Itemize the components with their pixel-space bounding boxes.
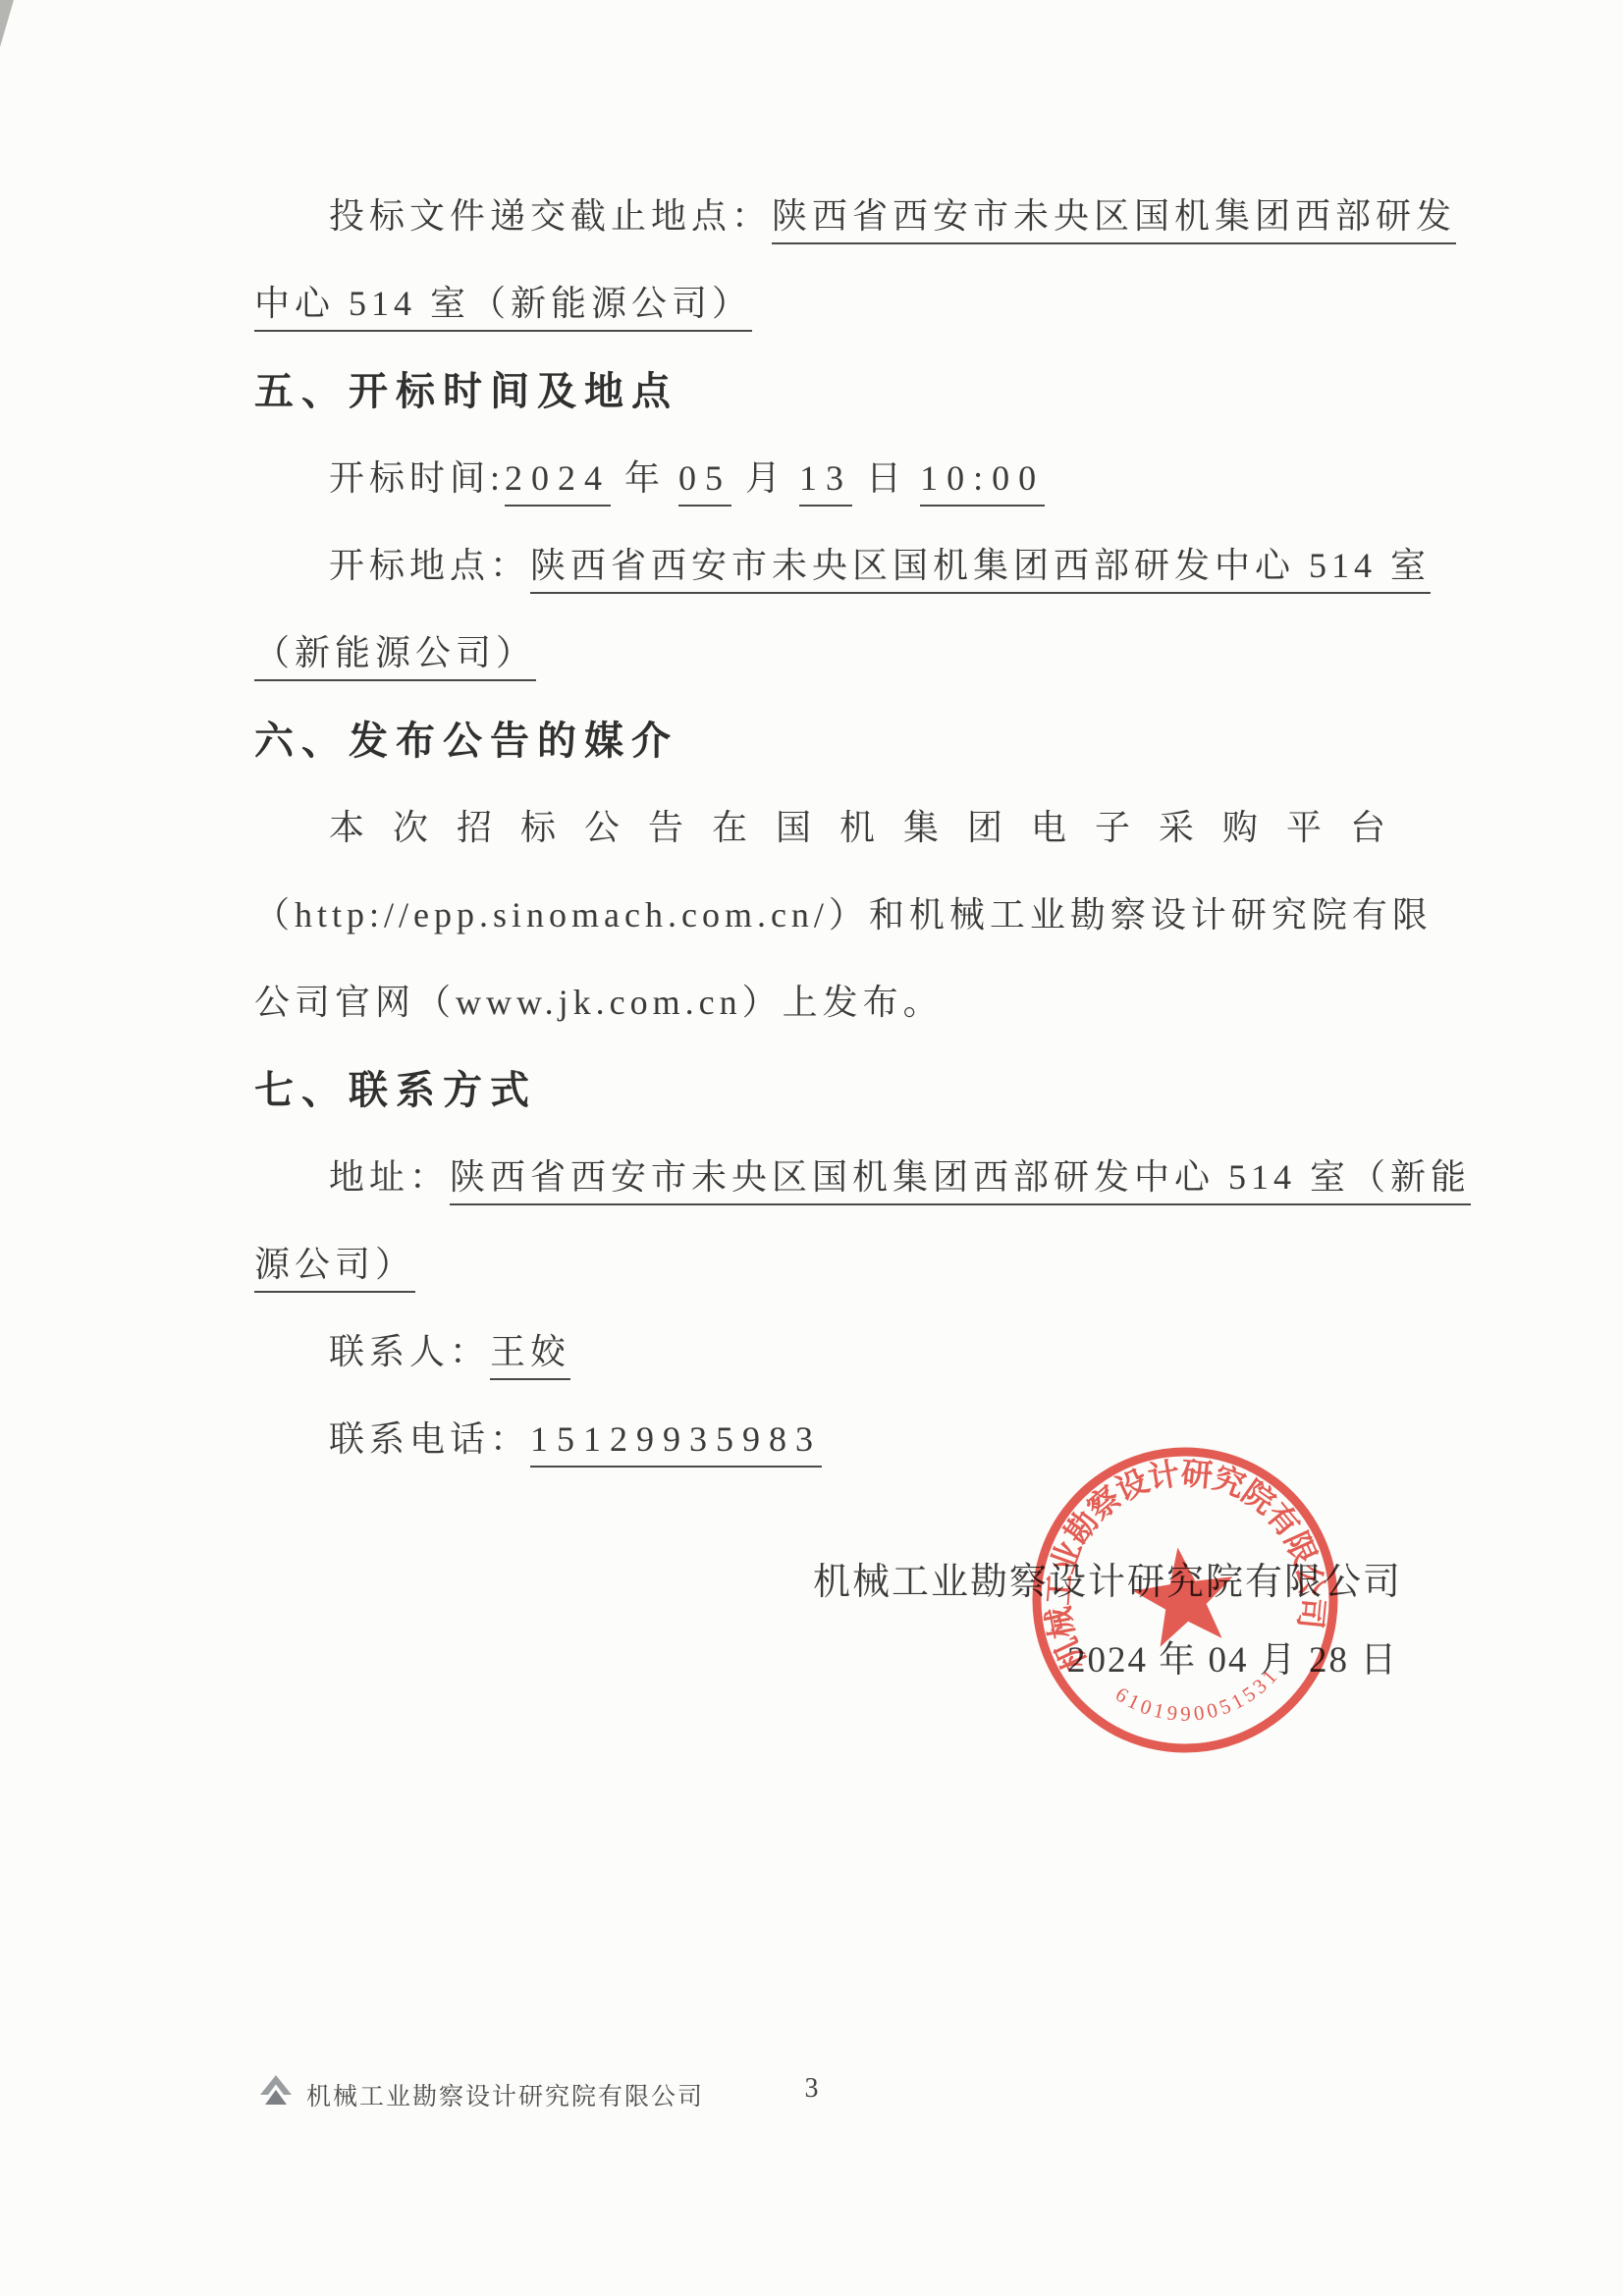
media-line3: 公司官网（www.jk.com.cn）上发布。 [254, 959, 1429, 1046]
scan-artifact-corner [0, 0, 14, 47]
page-number: 3 [0, 2073, 1623, 2105]
open-time-year-unit: 年 [611, 458, 678, 498]
deadline-location-value1: 陕西省西安市未央区国机集团西部研发 [772, 196, 1456, 244]
open-place-value2: （新能源公司） [254, 633, 536, 681]
open-place-line1: 开标地点：陕西省西安市未央区国机集团西部研发中心 514 室 [254, 522, 1429, 610]
open-place-line2: （新能源公司） [254, 610, 1429, 697]
deadline-location-line2: 中心 514 室（新能源公司） [254, 260, 1429, 347]
deadline-location-line1: 投标文件递交截止地点：陕西省西安市未央区国机集团西部研发 [254, 173, 1429, 260]
seal-star-icon [1128, 1540, 1241, 1649]
media-line2: （http://epp.sinomach.com.cn/）和机械工业勘察设计研究… [254, 872, 1429, 959]
section5-heading: 五、开标时间及地点 [254, 347, 1429, 435]
phone-number: 15129935983 [530, 1419, 822, 1468]
open-time-day: 13 [799, 458, 852, 507]
open-time-month-unit: 月 [731, 458, 799, 498]
deadline-location-label: 投标文件递交截止地点： [329, 196, 772, 236]
open-place-label: 开标地点： [329, 546, 530, 585]
contact-label: 联系人： [329, 1332, 490, 1371]
address-line1: 地址：陕西省西安市未央区国机集团西部研发中心 514 室（新能 [254, 1134, 1429, 1221]
address-value1: 陕西省西安市未央区国机集团西部研发中心 514 室（新能 [450, 1157, 1471, 1205]
phone-label: 联系电话： [329, 1419, 530, 1459]
address-label: 地址： [329, 1157, 450, 1197]
contact-line: 联系人：王姣 [254, 1308, 1429, 1396]
address-line2: 源公司） [254, 1221, 1429, 1308]
address-value2: 源公司） [254, 1245, 415, 1293]
open-time-day-unit: 日 [852, 458, 920, 498]
company-seal-stamp: 机械工业勘察设计研究院有限公司 6101990051531 [996, 1408, 1374, 1792]
section7-heading: 七、联系方式 [254, 1046, 1429, 1134]
contact-name: 王姣 [490, 1332, 570, 1380]
open-time-month: 05 [678, 458, 731, 507]
media-line1: 本次招标公告在国机集团电子采购平台 [254, 784, 1429, 872]
document-body: 投标文件递交截止地点：陕西省西安市未央区国机集团西部研发 中心 514 室（新能… [254, 173, 1429, 1483]
open-time-label: 开标时间: [329, 458, 505, 498]
open-time-line: 开标时间:2024 年 05 月 13 日 10:00 [254, 435, 1429, 522]
deadline-location-value2: 中心 514 室（新能源公司） [254, 284, 752, 332]
document-page: 投标文件递交截止地点：陕西省西安市未央区国机集团西部研发 中心 514 室（新能… [0, 0, 1623, 2296]
open-time-year: 2024 [505, 458, 611, 507]
section6-heading: 六、发布公告的媒介 [254, 697, 1429, 784]
open-time-clock: 10:00 [920, 458, 1045, 507]
open-place-value1: 陕西省西安市未央区国机集团西部研发中心 514 室 [530, 546, 1431, 594]
